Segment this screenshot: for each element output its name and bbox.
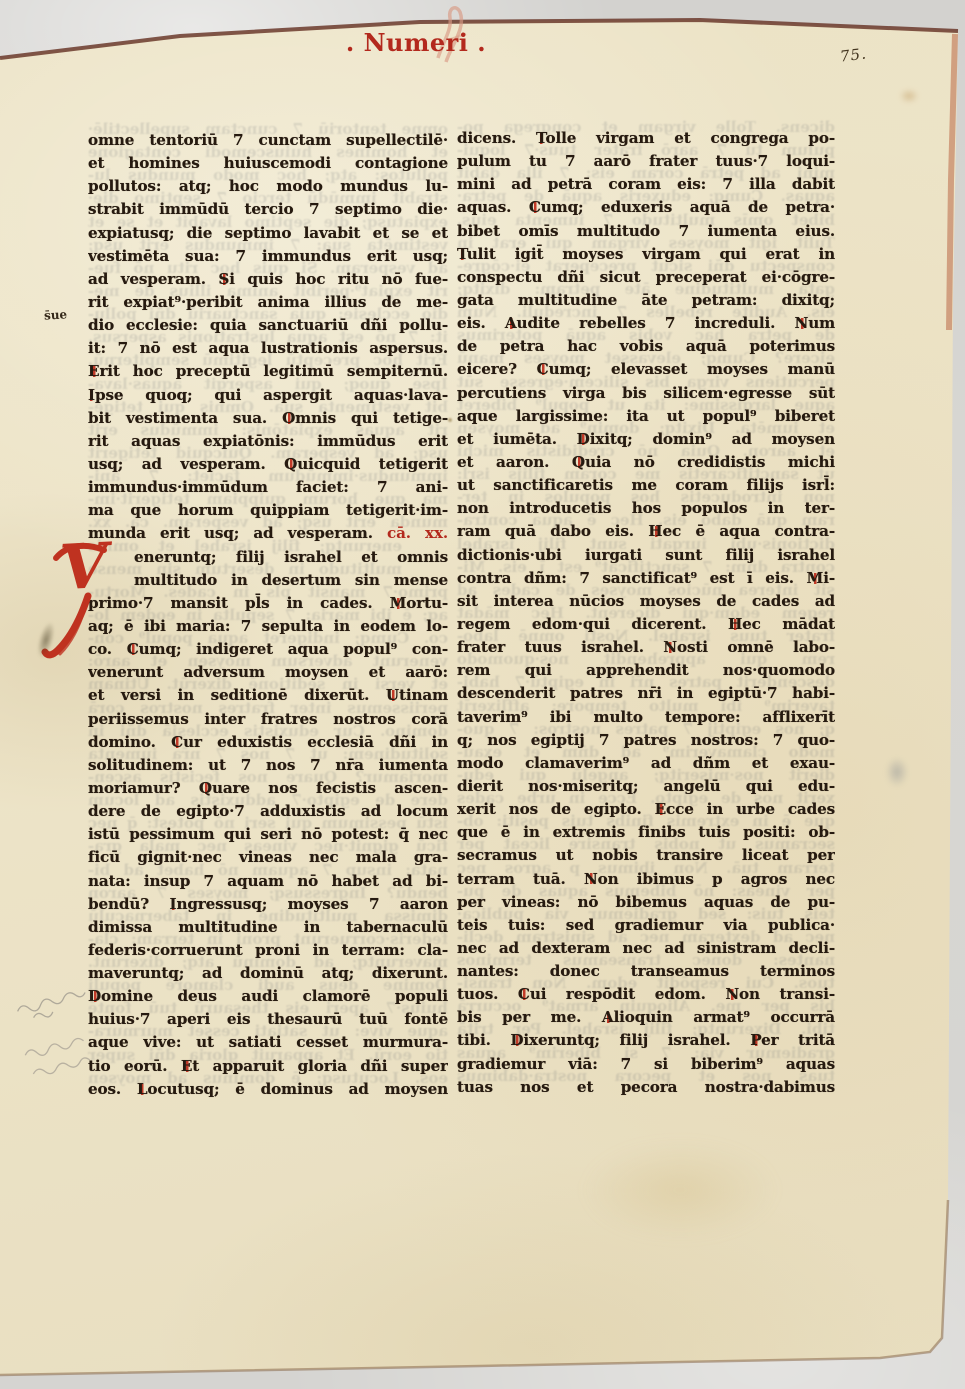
text-line: conspectu dñi sicut preceperat ei·cōgre- [457, 266, 835, 289]
text-line: rem qui apprehendit nos·quomodo [457, 659, 835, 682]
text-line: bibet omīs multitudo 7 iumenta eius. [457, 220, 835, 243]
text-line: tuas nos et pecora nostra·dabimus [457, 1076, 835, 1099]
chapter-initial: V [59, 537, 110, 597]
text-line: istū pessimum qui seri nō potest: q̄ nec [88, 823, 448, 846]
text-line: tibi. Dixeruntq; filij israhel. Per trit… [457, 1029, 835, 1052]
text-line: eis. Audite rebelles 7 increduli. Num [457, 312, 835, 335]
text-line: maveruntq; ad dominū atq; dixerunt. [88, 962, 448, 985]
text-line: periissemus inter fratres nostros corā [88, 708, 448, 731]
text-line: teis tuis: sed gradiemur via publica· [457, 914, 835, 937]
text-line: tio eorū. Et apparuit gloria dñi super [88, 1055, 448, 1078]
text-line: dicens. Tolle virgam et congrega po- [457, 127, 835, 150]
text-line: tuos. Cui respōdit edom. Non transi- [457, 983, 835, 1006]
text-line: ficū gignit·nec vineas nec mala gra- [88, 846, 448, 869]
text-line: mini ad petrā coram eis: 7 illa dabit [457, 173, 835, 196]
text-line: aquas. Cumq; eduxeris aquā de petra· [457, 196, 835, 219]
text-line: pollutos: atq; hoc modo mundus lu- [88, 175, 448, 198]
text-line: huius·7 aperi eis thesaurū tuū fontē [88, 1008, 448, 1031]
text-line: immundus·immūdum faciet: 7 ani- [88, 476, 448, 499]
text-line: primo·7 mansit pl̄s in cades. Mortu- [88, 592, 448, 615]
text-line: bis per me. Alioquin armat⁹ occurrā [457, 1006, 835, 1029]
text-line: nantes: donec transeamus terminos [457, 960, 835, 983]
text-line: dere de egipto·7 adduxistis ad locum [88, 800, 448, 823]
text-line: frater tuus israhel. Nosti omnē labo- [457, 636, 835, 659]
text-line: munda erit usq; ad vesperam. cā. xx. [88, 522, 448, 545]
text-line: Erit hoc preceptū legitimū sempiternū. [88, 360, 448, 383]
text-line: pulum tu 7 aarō frater tuus·7 loqui- [457, 150, 835, 173]
text-line: co. Cumq; indigeret aqua popul⁹ con- [88, 638, 448, 661]
text-line: omne tentoriū 7 cunctam supellectilē· [88, 129, 448, 152]
text-line: sit interea nūcios moyses de cades ad [457, 590, 835, 613]
text-line: que ē in extremis finibs tuis positi: ob… [457, 821, 835, 844]
margin-note: s̄ue [44, 307, 68, 322]
text-line: aque vive: ut satiati cesset murmura- [88, 1031, 448, 1054]
text-line: nata: insup 7 aquam nō habet ad bi- [88, 870, 448, 893]
text-line: non introducetis hos populos in ter- [457, 497, 835, 520]
text-line: multitudo in desertum sin mense [88, 569, 448, 592]
text-line: de petra hac vobis aquā poterimus [457, 335, 835, 358]
text-line: dio ecclesie: quia sanctuariū dñi pollu- [88, 314, 448, 337]
text-line: descenderit patres nr̄i in egiptū·7 habi… [457, 682, 835, 705]
text-line: vestimēta sua: 7 immundus erit usq; [88, 245, 448, 268]
text-column-left: omne tentoriū 7 cunctam supellectilē·et … [88, 129, 448, 1101]
text-line: et iumēta. Dixitq; domin⁹ ad moysen [457, 428, 835, 451]
text-line: federis·corruerunt proni in terram: cla- [88, 939, 448, 962]
folio-number: 75. [839, 44, 868, 65]
running-title: . Numeri . [336, 28, 496, 57]
text-line: xerit nos de egipto. Ecce in urbe cades [457, 798, 835, 821]
text-line: Domine deus audi clamorē populi [88, 985, 448, 1008]
manuscript-photo: . Numeri . 75. omne tentoriū 7 cunctam s… [0, 0, 965, 1389]
text-line: rit aquas expiatōnis: immūdus erit [88, 430, 448, 453]
text-line: usq; ad vesperam. Quicquid tetigerit [88, 453, 448, 476]
text-line: ad vesperam. Si quis hoc ritu nō fue- [88, 268, 448, 291]
text-line: dierit nos·miseritq; angelū qui edu- [457, 775, 835, 798]
text-line: aq; ē ibi maria: 7 sepulta in eodem lo- [88, 615, 448, 638]
text-line: venerunt adversum moysen et aarō: [88, 661, 448, 684]
text-line: moriamur? Quare nos fecistis ascen- [88, 777, 448, 800]
text-line: Tulit igit̄ moyses virgam qui erat in [457, 243, 835, 266]
text-line: ram quā dabo eis. Hec ē aqua contra- [457, 520, 835, 543]
text-line: domino. Cur eduxistis ecclesiā dñi in [88, 731, 448, 754]
text-line: dimissa multitudine in tabernaculū [88, 916, 448, 939]
text-line: secramus ut nobis transire liceat per [457, 844, 835, 867]
text-column-right: dicens. Tolle virgam et congrega po-pulu… [457, 127, 835, 1099]
text-line: eicere? Cumq; elevasset moyses manū [457, 358, 835, 381]
text-line: q; nos egiptij 7 patres nostros: 7 quo- [457, 729, 835, 752]
text-line: terram tuā. Non ibimus p agros nec [457, 868, 835, 891]
text-line: gata multitudine āte petram: dixitq; [457, 289, 835, 312]
text-line: per vineas: nō bibemus aquas de pu- [457, 891, 835, 914]
text-line: taverim⁹ ibi multo tempore: afflixerīt [457, 706, 835, 729]
text-line: expiatusq; die septimo lavabit et se et [88, 222, 448, 245]
text-line: et homines huiuscemodi contagione [88, 152, 448, 175]
text-line: it: 7 nō est aqua lustrationis aspersus. [88, 337, 448, 360]
text-line: bendū? Ingressusq; moyses 7 aaron [88, 893, 448, 916]
text-line: eneruntq; filij israhel et omnis [88, 546, 448, 569]
text-line: strabit immūdū tercio 7 septimo die· [88, 198, 448, 221]
text-line: gradiemur viā: 7 si biberim⁹ aquas [457, 1053, 835, 1076]
text-line: et versi in seditionē dixerūt. Utinam [88, 684, 448, 707]
text-line: Ipse quoq; qui aspergit aquas·lava- [88, 384, 448, 407]
text-line: regem edom·qui dicerent. Hec mādat [457, 613, 835, 636]
text-line: percutiens virga bis silicem·egresse sūt [457, 382, 835, 405]
text-line: nec ad dexteram nec ad sinistram decli- [457, 937, 835, 960]
text-line: contra dñm: 7 sanctificat⁹ est ī eis. Mi… [457, 567, 835, 590]
text-line: solitudinem: ut 7 nos 7 nr̄a iumenta [88, 754, 448, 777]
text-line: et aaron. Quia nō credidistis michi [457, 451, 835, 474]
text-line: bit vestimenta sua. Omnis qui tetige- [88, 407, 448, 430]
text-line: eos. Locutusq; ē dominus ad moysen [88, 1078, 448, 1101]
text-line: dictionis·ubi iurgati sunt filij israhel [457, 544, 835, 567]
text-line: ma que horum quippiam tetigerit·im- [88, 499, 448, 522]
text-line: modo clamaverim⁹ ad dñm et exau- [457, 752, 835, 775]
text-line: ut sanctificaretis me coram filijs isrl̄… [457, 474, 835, 497]
text-line: aque largissime: ita ut popul⁹ biberet [457, 405, 835, 428]
text-line: rit expiat⁹·peribit anima illius de me- [88, 291, 448, 314]
